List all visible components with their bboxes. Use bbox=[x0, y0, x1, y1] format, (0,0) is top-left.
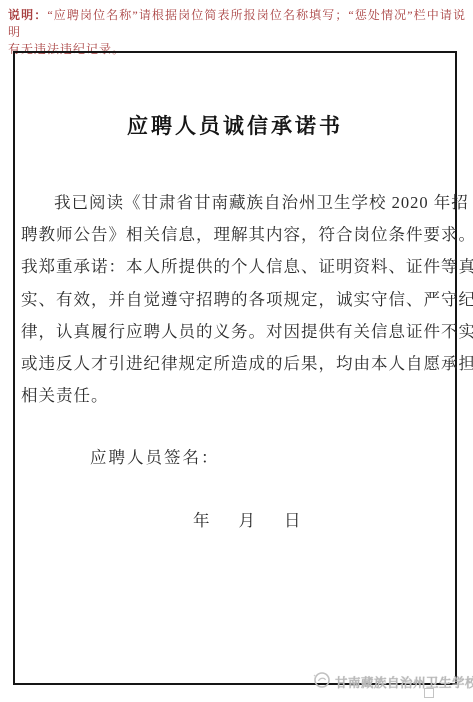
date-month-label: 月 bbox=[239, 509, 256, 533]
notice-label: 说明： bbox=[8, 8, 47, 22]
body-line: 聘教师公告》相关信息，理解其内容，符合岗位条件要求。 bbox=[21, 219, 452, 251]
body-paragraph: 我已阅读《甘肃省甘南藏族自治州卫生学校 2020 年招 聘教师公告》相关信息，理… bbox=[21, 187, 452, 412]
watermark-text: 甘南藏族自治州卫生学校 bbox=[335, 673, 473, 691]
date-year-label: 年 bbox=[193, 509, 210, 533]
body-line: 实、有效，并自觉遵守招聘的各项规定，诚实守信、严守纪 bbox=[21, 284, 452, 316]
notice-line-1: 说明：“应聘岗位名称”请根据岗位简表所报岗位名称填写；“惩处情况”栏中请说明 bbox=[8, 7, 466, 41]
date-day-label: 日 bbox=[284, 509, 301, 533]
notice-line-1-text: “应聘岗位名称”请根据岗位简表所报岗位名称填写；“惩处情况”栏中请说明 bbox=[8, 8, 466, 39]
body-line: 或违反人才引进纪律规定所造成的后果，均由本人自愿承担 bbox=[21, 348, 452, 380]
body-line: 我已阅读《甘肃省甘南藏族自治州卫生学校 2020 年招 bbox=[21, 187, 452, 219]
school-emblem-icon bbox=[312, 670, 331, 694]
scanned-document-page: { "notice": { "label": "说明：", "line1_res… bbox=[0, 0, 473, 702]
page-title: 应聘人员诚信承诺书 bbox=[13, 110, 457, 140]
date-line: 年 月 日 bbox=[193, 509, 301, 533]
body-line: 律，认真履行应聘人员的义务。对因提供有关信息证件不实 bbox=[21, 316, 452, 348]
watermark: 甘南藏族自治州卫生学校 bbox=[312, 670, 473, 694]
body-line: 我郑重承诺：本人所提供的个人信息、证明资料、证件等真 bbox=[21, 251, 452, 283]
body-line: 相关责任。 bbox=[21, 380, 452, 412]
signature-label: 应聘人员签名： bbox=[90, 446, 220, 470]
watermark-square-mark bbox=[424, 688, 434, 698]
